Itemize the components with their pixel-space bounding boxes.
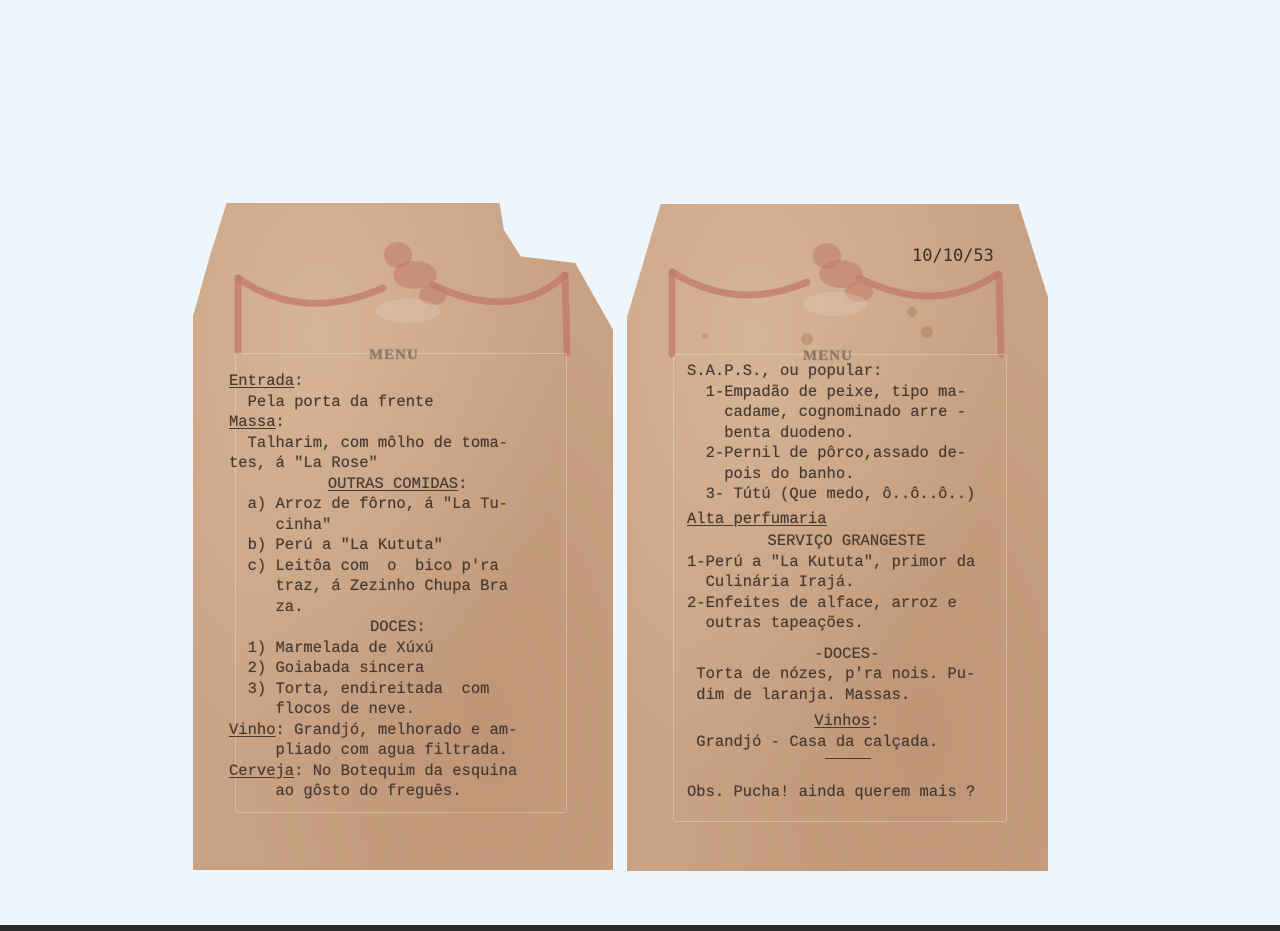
divider-rule <box>825 758 871 759</box>
menu-line: S.A.P.S., ou popular: <box>687 361 882 382</box>
menu-card-right: 10/10/53 MENU S.A.P.S., ou popular: 1-Em… <box>627 204 1048 871</box>
menu-line: Vinhos: <box>814 711 879 732</box>
menu-line: Vinho: Grandjó, melhorado e am- <box>229 720 517 741</box>
menu-line: Talharim, com môlho de toma- <box>229 433 508 454</box>
section-heading: OUTRAS COMIDAS <box>328 475 458 493</box>
section-heading: Cerveja <box>229 762 294 780</box>
menu-line: flocos de neve. <box>229 699 415 720</box>
menu-line: a) Arroz de fôrno, á "La Tu- <box>229 494 508 515</box>
menu-line: outras tapeações. <box>687 613 864 634</box>
menu-line: Alta perfumaria <box>687 509 827 530</box>
menu-line: 2-Pernil de pôrco,assado de- <box>687 443 966 464</box>
menu-line: -DOCES- <box>814 644 879 665</box>
section-heading: Vinho <box>229 721 276 739</box>
menu-line: 3) Torta, endireitada com <box>229 679 489 700</box>
menu-line: 1-Perú a "La Kututa", primor da <box>687 552 975 573</box>
menu-line: c) Leitôa com o bico p'ra <box>229 556 499 577</box>
menu-line: OUTRAS COMIDAS: <box>328 474 468 495</box>
menu-line: cadame, cognominado arre - <box>687 402 966 423</box>
menu-line: pois do banho. <box>687 464 854 485</box>
menu-line: 2) Goiabada sincera <box>229 658 424 679</box>
menu-line: Grandjó - Casa da calçada. <box>687 732 938 753</box>
menu-line: Culinária Irajá. <box>687 572 854 593</box>
menu-card-left: MENU Entrada: Pela porta da frenteMassa:… <box>193 203 613 870</box>
menu-line: pliado com agua filtrada. <box>229 740 508 761</box>
section-heading: Alta perfumaria <box>687 510 827 528</box>
menu-line: tes, á "La Rose" <box>229 453 378 474</box>
menu-line: Obs. Pucha! ainda querem mais ? <box>687 782 975 803</box>
menu-line: SERVIÇO GRANGESTE <box>768 531 926 552</box>
menu-line: benta duodeno. <box>687 423 854 444</box>
menu-line: 1) Marmelada de Xúxú <box>229 638 434 659</box>
menu-line: Massa: <box>229 412 285 433</box>
menu-line: 1-Empadão de peixe, tipo ma- <box>687 382 966 403</box>
menu-title: MENU <box>369 347 419 364</box>
menu-line: Entrada: <box>229 371 303 392</box>
menu-line: Cerveja: No Botequim da esquina <box>229 761 517 782</box>
menu-line: za. <box>229 597 303 618</box>
menu-line: ao gôsto do freguês. <box>229 781 462 802</box>
menu-line: dim de laranja. Massas. <box>687 685 910 706</box>
menu-line: b) Perú a "La Kututa" <box>229 535 443 556</box>
menu-line: Pela porta da frente <box>229 392 434 413</box>
date-stamp: 10/10/53 <box>912 246 994 266</box>
menu-line: DOCES: <box>370 617 426 638</box>
section-heading: Massa <box>229 413 276 431</box>
scanner-edge <box>0 925 1280 931</box>
menu-line: traz, á Zezinho Chupa Bra <box>229 576 508 597</box>
menu-line: cinha" <box>229 515 331 536</box>
menu-line: 2-Enfeites de alface, arroz e <box>687 593 957 614</box>
section-heading: Entrada <box>229 372 294 390</box>
menu-line: Torta de nózes, p'ra nois. Pu- <box>687 664 975 685</box>
menu-line: 3- Tútú (Que medo, ô..ô..ô..) <box>687 484 975 505</box>
section-heading: Vinhos <box>814 712 870 730</box>
